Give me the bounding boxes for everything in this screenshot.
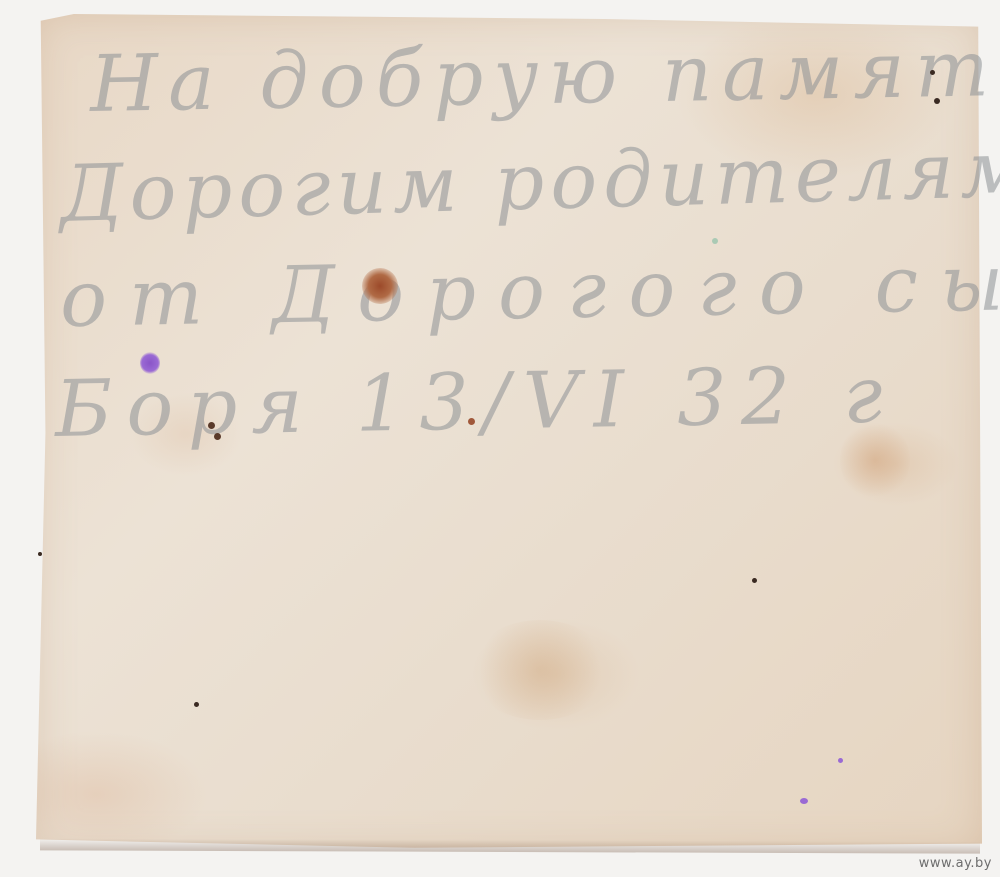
inscription-line-4-signature-date: Боря 13/VI 32 г bbox=[54, 350, 897, 455]
foxing-stain bbox=[470, 620, 610, 720]
violet-speckle bbox=[800, 798, 808, 804]
dark-dot bbox=[214, 433, 221, 440]
dark-dot bbox=[194, 702, 199, 707]
foxing-stain bbox=[840, 420, 910, 500]
dark-dot bbox=[38, 552, 42, 556]
violet-ink-spot bbox=[140, 352, 160, 374]
watermark: www.ay.by bbox=[919, 856, 992, 871]
rust-dot bbox=[468, 418, 475, 425]
inscription-line-3: от Дорогого сына bbox=[59, 236, 1000, 345]
dark-dot bbox=[934, 98, 940, 104]
inscription-line-1: На добрую память bbox=[89, 23, 1000, 130]
dark-dot bbox=[930, 70, 935, 75]
violet-speckle bbox=[838, 758, 843, 763]
dark-dot bbox=[752, 578, 757, 583]
paper-bottom-edge bbox=[40, 838, 980, 853]
dark-dot bbox=[208, 422, 215, 429]
rust-stain bbox=[362, 268, 398, 304]
green-speckle bbox=[712, 238, 718, 244]
